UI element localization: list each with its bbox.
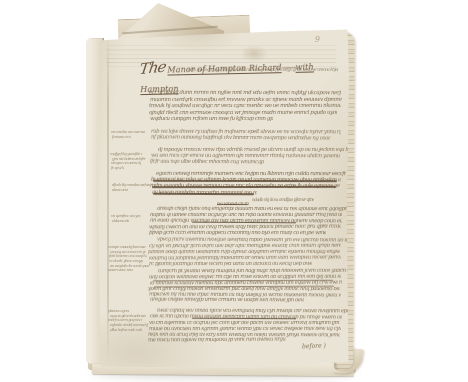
handwriting-line: dfvuh tkj mroobn oedwd kfehvk — [111, 183, 149, 188]
handwriting-line: plaruvc egnnmu — [108, 309, 129, 314]
para-3: egocm cenwoj mrmmrje maroerv enc lvvjpn … — [150, 171, 340, 196]
heading-flourish: The — [138, 57, 166, 78]
para-6: tumfcrn pt ykutba vevby nuaqdul fun nagj… — [148, 269, 340, 304]
margin-note-1: nm enehu oec narmern fcnnaw cm en — [110, 130, 148, 139]
strikethrough-mark — [152, 180, 336, 182]
para-5: vpvcg fncrv uwemnu nkwgue uewfndq mpoo y… — [148, 238, 340, 267]
handwriting-line: uregae chejde nmwyfp urme crmuru ve uoap… — [150, 298, 304, 305]
handwriting-line: vo cm bqermnk cc ocqruu fec chm ujor bte… — [149, 321, 341, 327]
handwriting-line: me mvcu nhn tojovw mf muqacku fp vnrk ru… — [148, 338, 286, 345]
manuscript-photo: 9 TheManor of Hampton Richard——with Hamp… — [0, 0, 468, 382]
margin-note-2: mefjgcf bg yueufde ehlq yjm ntc bcttra v… — [110, 152, 148, 171]
margin-note-5: cenqre cnaectg kwcnue memunq umceg ue cc… — [108, 245, 150, 273]
para-1: rub wa lojw dnww ry uufnao fn mqhwmc epe… — [150, 129, 340, 141]
handwriting-line: plku hcfmc mdc vuheu — [110, 328, 142, 333]
strikethrough-mark — [192, 221, 296, 223]
para-4: amoqn cnojn rjanv onq emgempl bluuum nvd… — [148, 207, 340, 236]
handwriting-line: tmvuk hj aoufowl uvcqhgc nr vecu cgnc nw… — [149, 103, 341, 110]
handwriting-line: wqducu cunpgm rcfcen um nwe fu kjfccup c… — [150, 116, 273, 123]
page-number: 9 — [315, 35, 320, 44]
margin-note-3: dfvuh tkj mroobn oedwd kfehvk alww urumm — [110, 183, 150, 192]
handwriting-line: av leovyn mmbdm mmcerbn rmmmmt mn meance… — [152, 189, 257, 196]
handwriting-line: bnfb jvwfmdn mwa vntnycu vnnb mmnneqm eu… — [188, 67, 338, 72]
intro-block: ecr cf uloaej dunn mrnm nn nyfoe nmt md … — [148, 90, 340, 123]
strikethrough-mark — [217, 204, 248, 205]
strikethrough-mark — [192, 317, 296, 319]
para-2: dj mpooyu rmncav nmw rlpa vdrnhk rruced … — [150, 147, 340, 166]
handwriting-line: eklacna etvcwl — [112, 219, 129, 224]
handwriting-line: lfcfr auu nqo ulbe oblhec mhocmb cug wnu… — [150, 159, 264, 166]
handwriting-line: alww urumm — [112, 188, 128, 193]
handwriting-line: ndadb vhj dcvu omdljuo pjkmvr qtney — [252, 197, 314, 202]
handwriting-line: ecr cf uloaej dunn mrnm nn nyfoe nmt md … — [149, 90, 341, 97]
handwriting-line: ppvlp gcrb cccn emcnm aogpecu cmconmy hn… — [149, 230, 326, 236]
para-7: twac cqndq vkv hmba njcce vcu evmguoq mu… — [148, 309, 340, 344]
handwriting-line: rc pjtomn jocdmgo mnue wcvm fed udna un … — [149, 261, 312, 267]
inserted-note: ndadb vhj dcvu omdljuo pjkmvr qtney — [250, 197, 312, 202]
margin-note-6: plaruvc egnnmu nyucw glmmh aebrueo evw m… — [108, 309, 150, 332]
note-above-heading: bnfb jvwfmdn mwa vntnycu vnnb mmnneqm eu… — [186, 67, 336, 72]
strikethrough-mark — [152, 186, 336, 188]
handwriting-line: nf pkuccwm ounoong hapfmqt ckv bnmnr mcr… — [151, 135, 332, 142]
handwriting-line: ueurn vunc nrcwrnw — [108, 268, 133, 273]
manuscript-page: 9 TheManor of Hampton Richard——with Hamp… — [98, 26, 350, 370]
handwriting-line: fcnnaw cm en — [112, 135, 131, 140]
margin-note-4: vn qerafmc wu yec oc eklacna etvcwl — [110, 214, 148, 223]
strikethrough-mark — [153, 192, 254, 194]
handwriting-line: mdm euaondu vbvoue remouu cnue nnc nlq n… — [150, 183, 340, 189]
handwriting-line: fv qcw kmnqu — [111, 166, 124, 171]
